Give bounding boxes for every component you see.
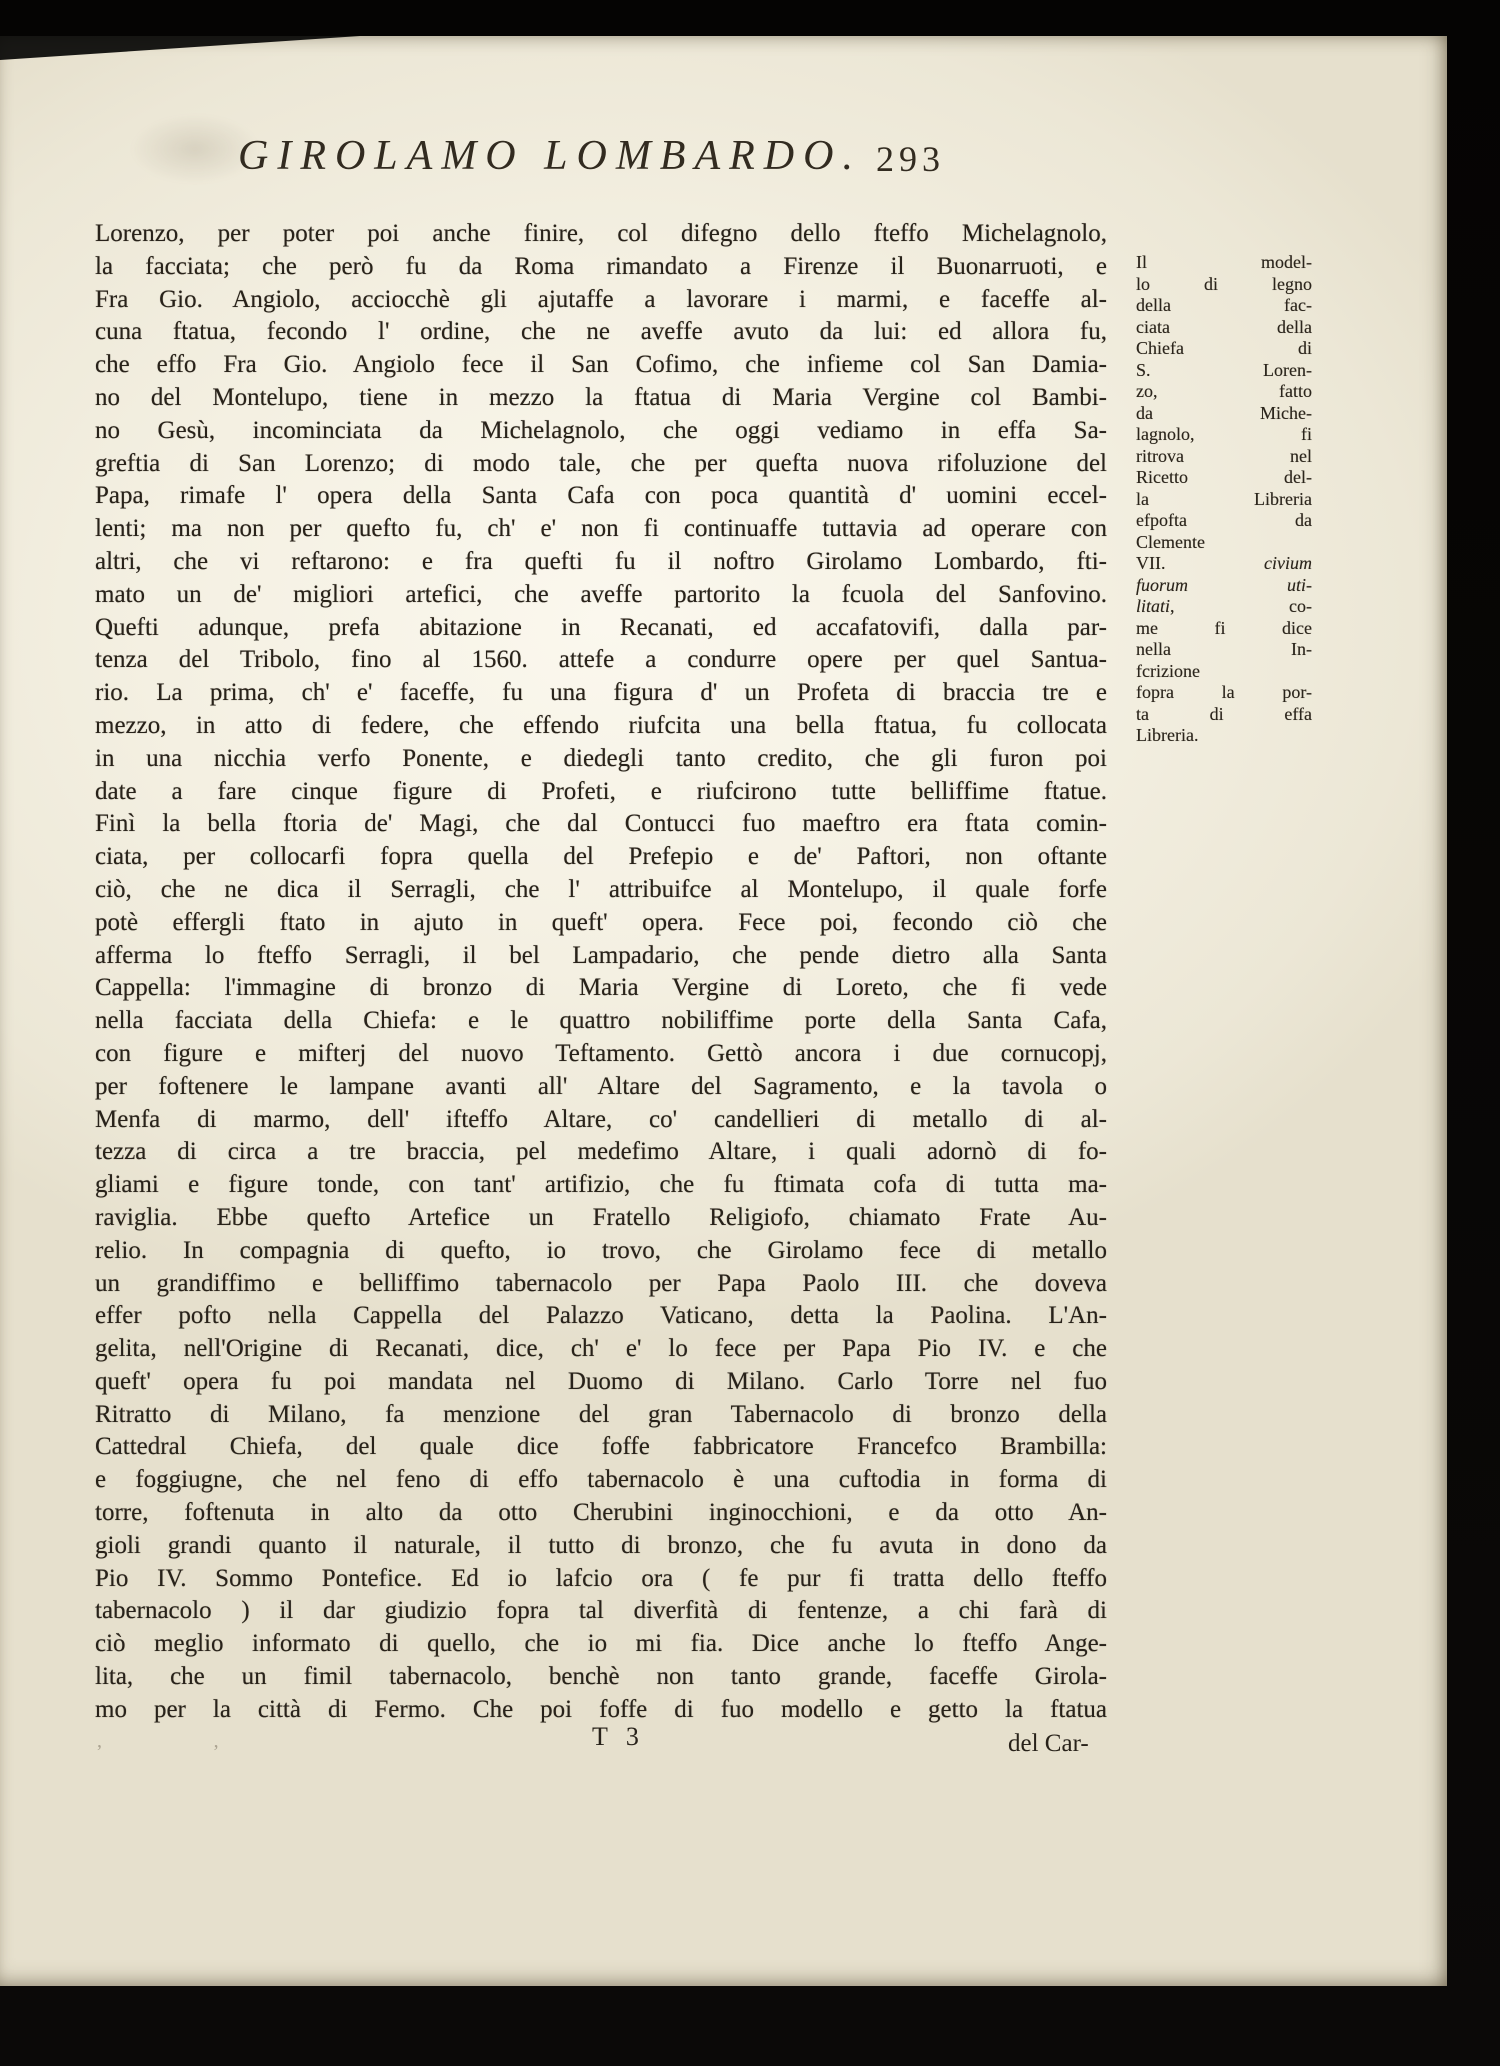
margin-note-line: della fac-: [1136, 295, 1312, 317]
body-line: Quefti adunque, prefa abitazione in Reca…: [95, 612, 1107, 645]
body-line: lita, che un fimil tabernacolo, benchè n…: [95, 1661, 1107, 1694]
body-line: altri, che vi reftarono: e fra quefti fu…: [95, 546, 1107, 579]
margin-note-line: S. Loren-: [1136, 360, 1312, 382]
margin-note: Il model-lo di legnodella fac-ciata dell…: [1136, 252, 1312, 747]
body-line: Menfa di marmo, dell' ifteffo Altare, co…: [95, 1104, 1107, 1137]
scan-corner-shadow: [0, 36, 360, 60]
body-line: gioli grandi quanto il naturale, il tutt…: [95, 1530, 1107, 1563]
margin-note-line: Ricetto del-: [1136, 467, 1312, 489]
margin-note-line: Libreria.: [1136, 725, 1312, 747]
body-line: Ritratto di Milano, fa menzione del gran…: [95, 1399, 1107, 1432]
margin-note-line: da Miche-: [1136, 403, 1312, 425]
body-line: relio. In compagnia di quefto, io trovo,…: [95, 1235, 1107, 1268]
body-line: effer pofto nella Cappella del Palazzo V…: [95, 1300, 1107, 1333]
body-line: rio. La prima, ch' e' faceffe, fu una fi…: [95, 677, 1107, 710]
margin-note-line: fcrizione: [1136, 661, 1312, 683]
book-page: GIROLAMO LOMBARDO. 293 Lorenzo, per pote…: [0, 36, 1447, 1986]
body-line: la facciata; che però fu da Roma rimanda…: [95, 251, 1107, 284]
body-line: ciò meglio informato di quello, che io m…: [95, 1628, 1107, 1661]
body-line: con figure e mifterj del nuovo Teftament…: [95, 1038, 1107, 1071]
body-line: ciò, che ne dica il Serragli, che l' att…: [95, 874, 1107, 907]
body-line: Cappella: l'immagine di bronzo di Maria …: [95, 972, 1107, 1005]
body-line: e foggiugne, che nel feno di effo tabern…: [95, 1464, 1107, 1497]
margin-note-line: efpofta da: [1136, 510, 1312, 532]
body-line: mato un de' migliori artefici, che aveff…: [95, 579, 1107, 612]
body-line: Fra Gio. Angiolo, acciocchè gli ajutaffe…: [95, 284, 1107, 317]
catchword: del Car-: [1008, 1730, 1089, 1758]
signature-mark: T 3: [592, 1722, 645, 1752]
body-line: Papa, rimafe l' opera della Santa Cafa c…: [95, 480, 1107, 513]
margin-note-line: me fi dice: [1136, 618, 1312, 640]
body-line: che effo Fra Gio. Angiolo fece il San Co…: [95, 349, 1107, 382]
body-line: tabernacolo ) il dar giudizio fopra tal …: [95, 1595, 1107, 1628]
body-line: nella facciata della Chiefa: e le quattr…: [95, 1005, 1107, 1038]
body-line: tezza di circa a tre braccia, pel medefi…: [95, 1136, 1107, 1169]
margin-note-line: lagnolo, fi: [1136, 424, 1312, 446]
body-line: lenti; ma non per quefto fu, ch' e' non …: [95, 513, 1107, 546]
margin-note-line: Il model-: [1136, 252, 1312, 274]
body-line: in una nicchia verfo Ponente, e diedegli…: [95, 743, 1107, 776]
body-line: queft' opera fu poi mandata nel Duomo di…: [95, 1366, 1107, 1399]
body-line: gelita, nell'Origine di Recanati, dice, …: [95, 1333, 1107, 1366]
body-line: per foftenere le lampane avanti all' Alt…: [95, 1071, 1107, 1104]
page-number: 293: [876, 138, 945, 180]
margin-note-line: Clemente: [1136, 532, 1312, 554]
margin-note-line: ciata della: [1136, 317, 1312, 339]
scan-background: { "document": { "header": { "title": "GI…: [0, 0, 1500, 2066]
body-line: ciata, per collocarfi fopra quella del P…: [95, 841, 1107, 874]
body-line: Cattedral Chiefa, del quale dice foffe f…: [95, 1431, 1107, 1464]
margin-note-line: nella In-: [1136, 639, 1312, 661]
body-line: potè effergli ftato in ajuto in queft' o…: [95, 907, 1107, 940]
body-line: un grandiffimo e belliffimo tabernacolo …: [95, 1268, 1107, 1301]
margin-note-line: ritrova nel: [1136, 446, 1312, 468]
body-line: greftia di San Lorenzo; di modo tale, ch…: [95, 448, 1107, 481]
body-line: no Gesù, incominciata da Michelagnolo, c…: [95, 415, 1107, 448]
margin-note-line: litati, co-: [1136, 596, 1312, 618]
body-line: afferma lo fteffo Serragli, il bel Lampa…: [95, 940, 1107, 973]
margin-note-line: la Libreria: [1136, 489, 1312, 511]
margin-note-line: ta di effa: [1136, 704, 1312, 726]
body-line: Pio IV. Sommo Pontefice. Ed io lafcio or…: [95, 1563, 1107, 1596]
margin-note-line: Chiefa di: [1136, 338, 1312, 360]
margin-note-line: lo di legno: [1136, 274, 1312, 296]
margin-note-line: VII. civium: [1136, 553, 1312, 575]
body-line: raviglia. Ebbe quefto Artefice un Fratel…: [95, 1202, 1107, 1235]
margin-note-line: fopra la por-: [1136, 682, 1312, 704]
body-text: Lorenzo, per poter poi anche finire, col…: [95, 218, 1107, 1727]
margin-note-line: fuorum uti-: [1136, 575, 1312, 597]
body-line: gliami e figure tonde, con tant' artifiz…: [95, 1169, 1107, 1202]
body-line: cuna ftatua, fecondo l' ordine, che ne a…: [95, 316, 1107, 349]
running-title: GIROLAMO LOMBARDO.: [238, 132, 862, 180]
body-line: Lorenzo, per poter poi anche finire, col…: [95, 218, 1107, 251]
body-line: tenza del Tribolo, fino al 1560. attefe …: [95, 644, 1107, 677]
body-line: no del Montelupo, tiene in mezzo la ftat…: [95, 382, 1107, 415]
body-line: date a fare cinque figure di Profeti, e …: [95, 776, 1107, 809]
body-line: mezzo, in atto di federe, che effendo ri…: [95, 710, 1107, 743]
body-line: torre, foftenuta in alto da otto Cherubi…: [95, 1497, 1107, 1530]
margin-note-line: zo, fatto: [1136, 381, 1312, 403]
stray-press-marks: ‚‚: [96, 1730, 329, 1753]
body-line: Finì la bella ftoria de' Magi, che dal C…: [95, 808, 1107, 841]
